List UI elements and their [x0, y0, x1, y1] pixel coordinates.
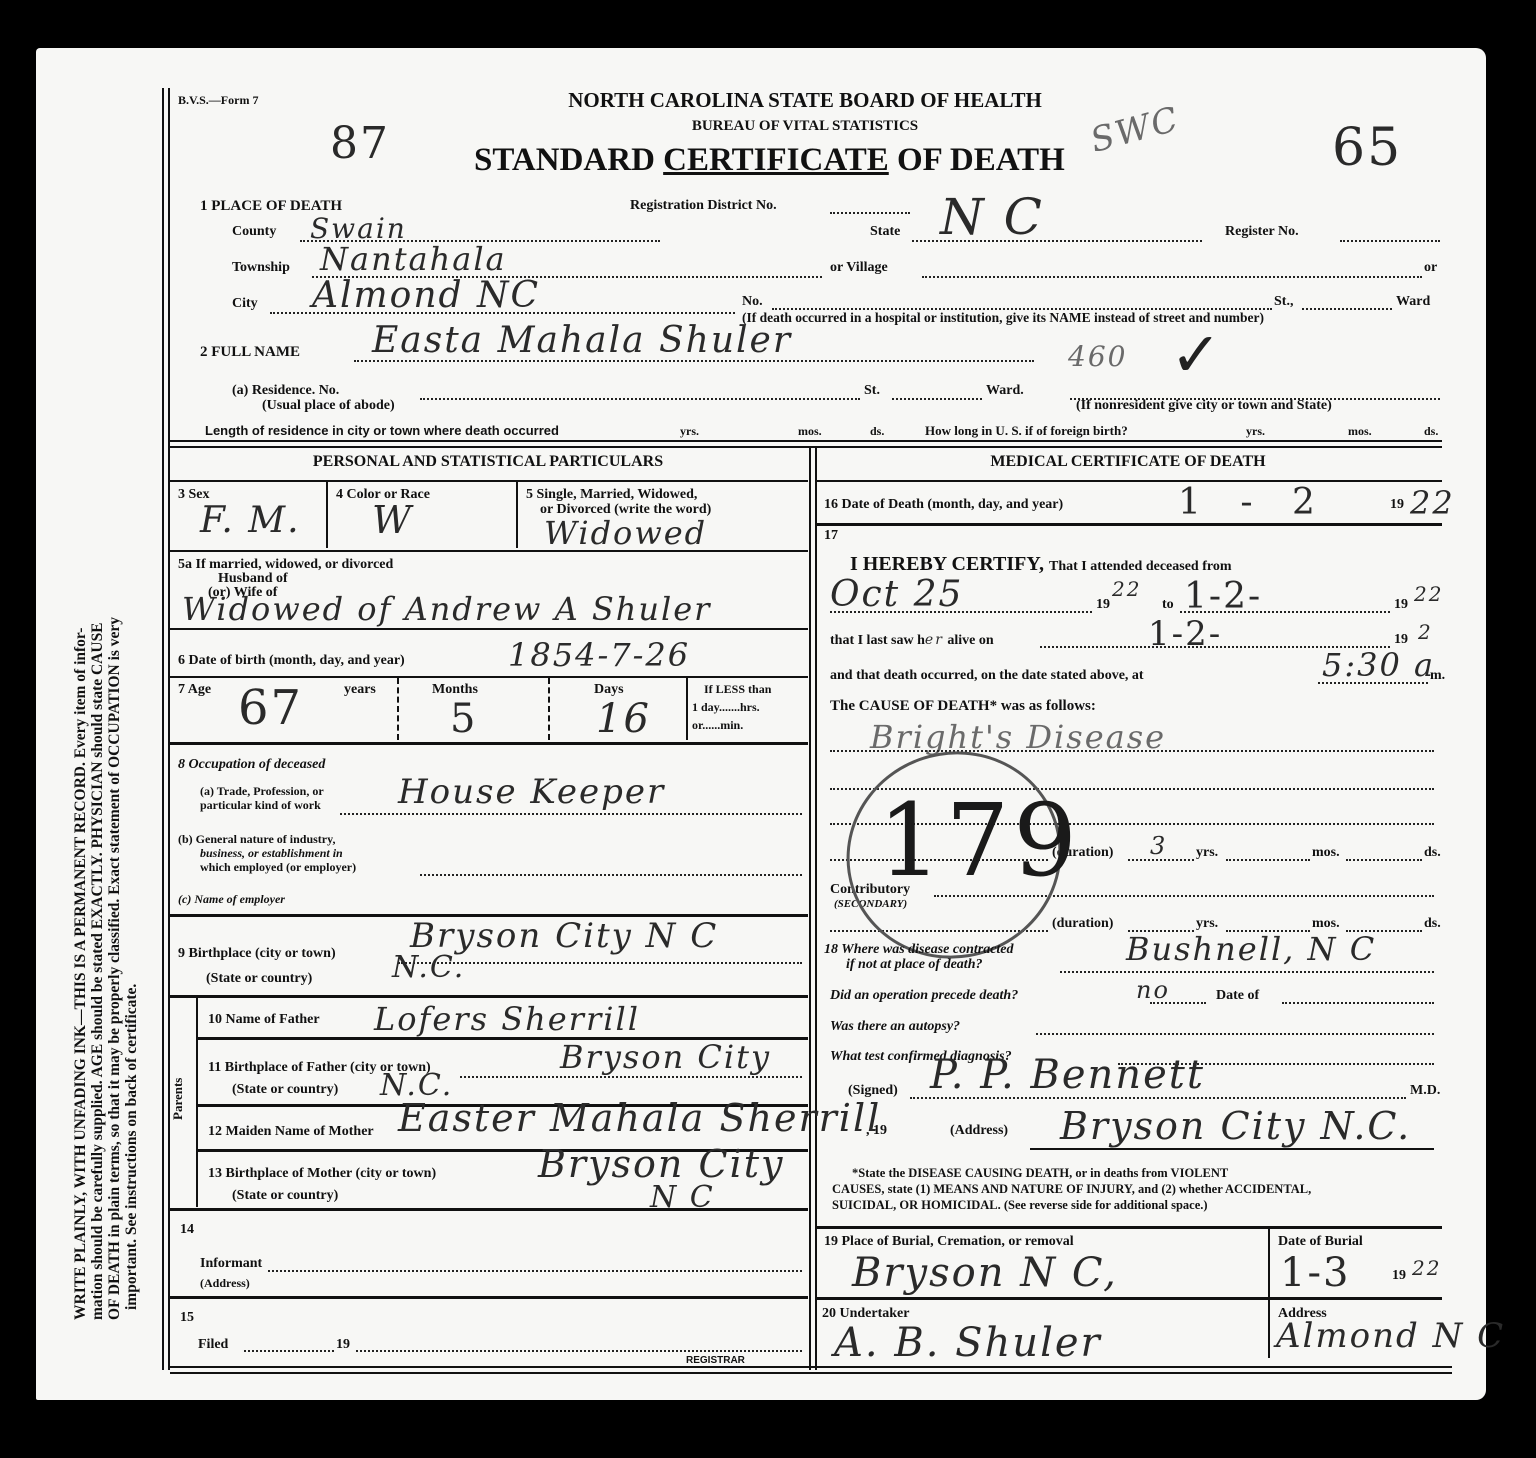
margin-line-3: OF DEATH in plain terms, so that it may …	[106, 80, 123, 1320]
registrar-label: REGISTRAR	[686, 1355, 745, 1366]
full-name-label: 2 FULL NAME	[200, 344, 300, 361]
burial-19-label: 19	[1392, 1268, 1406, 1284]
trade-value: House Keeper	[398, 772, 665, 812]
page-number: 65	[1332, 118, 1402, 178]
agency-title: NORTH CAROLINA STATE BOARD OF HEALTH	[450, 88, 1160, 113]
burial-date-label: Date of Burial	[1278, 1234, 1363, 1250]
village-label: or Village	[830, 260, 888, 276]
rule	[686, 678, 688, 740]
street-st-label: St.,	[1274, 294, 1293, 310]
rule	[170, 480, 808, 482]
to-year: 22	[1414, 582, 1443, 606]
informant-address-label: (Address)	[200, 1276, 250, 1291]
industry-label-3: which employed (or employer)	[200, 860, 356, 875]
to-label: to	[1162, 597, 1174, 613]
trade-line	[340, 813, 802, 815]
death-time-value: 5:30 a	[1322, 646, 1435, 684]
item-14-label: 14	[180, 1222, 194, 1238]
certify-big: I HEREBY CERTIFY,	[850, 553, 1044, 575]
rule	[816, 523, 1442, 526]
last-saw-label-2: alive on	[947, 633, 993, 648]
duration-yrs-value: 3	[1150, 832, 1167, 860]
age-label: 7 Age	[178, 682, 211, 698]
operation-label: Did an operation precede death?	[830, 988, 1018, 1004]
undertaker-address-value: Almond N C	[1276, 1316, 1505, 1356]
full-name-annotation: 460	[1068, 340, 1127, 373]
from-19-label: 19	[1096, 597, 1110, 613]
footnote-line-2: CAUSES, state (1) MEANS AND NATURE OF IN…	[832, 1181, 1311, 1197]
parents-label: Parents	[170, 1078, 186, 1120]
residence-ward-line	[892, 398, 982, 400]
rule	[170, 1208, 808, 1211]
rule	[170, 550, 808, 552]
signature-19-label: , 19	[866, 1123, 887, 1139]
rule	[548, 678, 550, 740]
occupation-label: 8 Occupation of deceased	[178, 757, 325, 773]
rule	[170, 742, 808, 745]
race-value: W	[372, 498, 413, 542]
last-saw-value: 1-2-	[1148, 614, 1222, 654]
form-id: B.V.S.—Form 7	[178, 93, 258, 108]
foreign-birth-label: How long in U. S. if of foreign birth?	[925, 423, 1128, 439]
signed-label: (Signed)	[848, 1083, 898, 1099]
foreign-mos-label: mos.	[1348, 424, 1372, 439]
death-time-label: and that death occurred, on the date sta…	[830, 668, 1144, 684]
residence-ward-label: Ward.	[986, 383, 1024, 399]
margin-line-2: mation should be carefully supplied. AGE…	[89, 80, 106, 1320]
rule	[170, 628, 808, 630]
header-divider	[170, 440, 1442, 448]
father-state-label: (State or country)	[232, 1082, 338, 1098]
certify-rest: That I attended deceased from	[1049, 559, 1232, 574]
informant-label: Informant	[200, 1256, 262, 1272]
rule	[1030, 1148, 1434, 1150]
residence-label: (a) Residence. No.	[232, 383, 339, 399]
registration-district-label: Registration District No.	[630, 198, 777, 214]
register-no-line	[1340, 240, 1440, 242]
burial-place-value: Bryson N C,	[852, 1250, 1118, 1296]
dod-19-label: 19	[1390, 497, 1404, 513]
filed-date-line	[244, 1350, 334, 1352]
rule	[196, 997, 198, 1207]
or-label: or	[1424, 260, 1437, 276]
burial-date-value: 1-3	[1280, 1250, 1350, 1296]
rule	[816, 1226, 1442, 1229]
mother-birthplace-label: 13 Birthplace of Mother (city or town)	[208, 1166, 436, 1182]
trade-label-2: particular kind of work	[200, 798, 321, 813]
cause-label: The CAUSE OF DEATH* was as follows:	[830, 698, 1096, 715]
filed-19-label: 19	[336, 1337, 350, 1353]
attended-from-value: Oct 25	[830, 574, 963, 615]
birthplace-label: 9 Birthplace (city or town)	[178, 946, 336, 962]
operation-date-line	[1282, 1002, 1434, 1004]
father-value: Lofers Sherrill	[374, 1000, 640, 1038]
residence-yrs-label: yrs.	[680, 424, 699, 439]
rule	[326, 482, 328, 548]
father-label: 10 Name of Father	[208, 1012, 320, 1028]
autopsy-line	[1036, 1033, 1434, 1035]
physician-signature: P. P. Bennett	[930, 1052, 1205, 1098]
less-than-label-1: If LESS than	[704, 682, 771, 697]
marital-value: Widowed	[544, 514, 707, 552]
contracted-line	[1060, 971, 1434, 973]
bottom-border	[170, 1366, 1452, 1374]
county-label: County	[232, 224, 276, 240]
industry-line	[420, 874, 802, 876]
years-label: years	[344, 682, 376, 698]
contributory-ds-label: ds.	[1424, 916, 1441, 932]
rule	[170, 995, 808, 998]
nonresident-note: (If nonresident give city or town and St…	[1076, 398, 1332, 414]
rule	[816, 1297, 1442, 1300]
column-divider	[809, 446, 817, 1370]
md-label: M.D.	[1410, 1083, 1440, 1099]
residence-st-label: St.	[864, 383, 880, 399]
contributory-duration-label: (duration)	[1052, 916, 1113, 932]
state-label: State	[870, 224, 900, 240]
mother-label: 12 Maiden Name of Mother	[208, 1124, 374, 1140]
city-label: City	[232, 296, 258, 312]
foreign-yrs-label: yrs.	[1246, 424, 1265, 439]
footnote-line-3: SUICIDAL, OR HOMICIDAL. (See reverse sid…	[832, 1197, 1311, 1213]
item-15-label: 15	[180, 1310, 194, 1326]
mother-value: Easter Mahala Sherrill	[398, 1096, 881, 1140]
contracted-label-2: if not at place of death?	[846, 957, 983, 973]
sex-value: F. M.	[200, 500, 301, 541]
medical-header: MEDICAL CERTIFICATE OF DEATH	[818, 453, 1438, 471]
cause-line-1	[830, 750, 1434, 752]
duration-yrs-label: yrs.	[1196, 845, 1218, 861]
residence-sublabel: (Usual place of abode)	[262, 398, 395, 414]
last-saw-pronoun: er	[925, 632, 944, 648]
margin-line-1: WRITE PLAINLY, WITH UNFADING INK—THIS IS…	[72, 80, 89, 1320]
checkmark-icon: ✓	[1170, 318, 1222, 392]
from-year: 22	[1112, 577, 1141, 601]
street-no-label: No.	[742, 294, 763, 310]
registration-district-line	[830, 212, 910, 214]
length-of-residence-label: Length of residence in city or town wher…	[205, 423, 559, 438]
margin-instructions: WRITE PLAINLY, WITH UNFADING INK—THIS IS…	[72, 80, 140, 1320]
rule	[516, 482, 518, 548]
state-value: N C	[940, 188, 1044, 246]
title-suffix: OF DEATH	[897, 142, 1065, 178]
contracted-label-1: 18 Where was disease contracted	[824, 942, 1014, 958]
trade-label-1: (a) Trade, Profession, or	[200, 784, 324, 799]
rule	[170, 676, 808, 678]
township-label: Township	[232, 260, 290, 276]
less-than-label-2: 1 day.......hrs.	[692, 700, 760, 715]
age-months-value: 5	[450, 696, 477, 742]
physician-address-label: (Address)	[950, 1123, 1008, 1139]
cause-footnote: *State the DISEASE CAUSING DEATH, or in …	[832, 1165, 1311, 1213]
foreign-ds-label: ds.	[1424, 424, 1438, 439]
certify-statement: I HEREBY CERTIFY, That I attended deceas…	[850, 553, 1232, 576]
informant-line	[268, 1270, 802, 1272]
duration-ds-label: ds.	[1424, 845, 1441, 861]
certificate-title: STANDARD CERTIFICATE OF DEATH	[474, 142, 1065, 179]
ward-label: Ward	[1396, 294, 1430, 310]
death-time-suffix: m.	[1430, 668, 1445, 684]
residence-mos-label: mos.	[798, 424, 822, 439]
burial-year: 22	[1412, 1256, 1441, 1280]
last-saw-label-1: that I last saw h	[830, 633, 925, 648]
rule	[170, 1296, 808, 1299]
birthplace-state-value: N.C.	[392, 950, 465, 985]
frame-left-border	[162, 88, 170, 1370]
dod-year: 22	[1410, 484, 1455, 522]
township-value: Nantahala	[320, 240, 507, 278]
duration-ds-line	[1346, 859, 1422, 861]
item-17-label: 17	[824, 528, 838, 544]
file-number: 87	[330, 118, 390, 169]
physician-address-value: Bryson City N.C.	[1060, 1104, 1411, 1148]
full-name-value: Easta Mahala Shuler	[372, 320, 792, 361]
ward-line	[1302, 308, 1392, 310]
dob-label: 6 Date of birth (month, day, and year)	[178, 653, 405, 669]
undertaker-value: A. B. Shuler	[834, 1320, 1102, 1366]
rule	[1268, 1228, 1270, 1358]
margin-line-4: important. See instructions on back of c…	[123, 80, 140, 1320]
filed-registrar-line	[356, 1350, 802, 1352]
mother-state-label: (State or country)	[232, 1188, 338, 1204]
rule	[397, 678, 399, 740]
residence-line	[420, 398, 860, 400]
birthplace-state-label: (State or country)	[206, 971, 312, 987]
father-birthplace-value: Bryson City	[560, 1038, 771, 1076]
title-main: CERTIFICATE	[663, 142, 889, 178]
filed-label: Filed	[198, 1337, 228, 1353]
personal-header: PERSONAL AND STATISTICAL PARTICULARS	[170, 453, 806, 471]
duration-mos-line	[1226, 859, 1310, 861]
village-line	[922, 276, 1422, 278]
operation-date-label: Date of	[1216, 988, 1259, 1004]
dob-value: 1854-7-26	[508, 636, 690, 674]
last-saw-label: that I last saw her alive on	[830, 632, 994, 649]
code-stamp: 179	[878, 782, 1081, 899]
dod-value: 1 - 2	[1178, 482, 1329, 523]
father-birthplace-line	[460, 1076, 802, 1078]
burial-place-label: 19 Place of Burial, Cremation, or remova…	[824, 1234, 1074, 1250]
to-19-label: 19	[1394, 597, 1408, 613]
industry-label-1: (b) General nature of industry,	[178, 832, 335, 847]
footnote-line-1: *State the DISEASE CAUSING DEATH, or in …	[832, 1165, 1311, 1181]
marital-label-1: 5 Single, Married, Widowed,	[526, 487, 697, 503]
operation-value: no	[1136, 976, 1170, 1004]
bureau-title: BUREAU OF VITAL STATISTICS	[450, 118, 1160, 135]
attended-to-value: 1-2-	[1184, 576, 1262, 617]
autopsy-label: Was there an autopsy?	[830, 1019, 960, 1035]
rule	[816, 480, 1442, 482]
industry-label-2: business, or establishment in	[200, 846, 343, 861]
title-prefix: STANDARD	[474, 142, 655, 178]
age-years-value: 67	[238, 680, 303, 736]
city-value: Almond NC	[312, 275, 540, 316]
less-than-label-3: or......min.	[692, 718, 743, 733]
contracted-value: Bushnell, N C	[1126, 930, 1376, 968]
dod-label: 16 Date of Death (month, day, and year)	[824, 497, 1063, 513]
employer-label: (c) Name of employer	[178, 892, 285, 907]
residence-ds-label: ds.	[870, 424, 884, 439]
register-no-label: Register No.	[1225, 224, 1299, 240]
last-year: 2	[1418, 620, 1433, 644]
age-days-value: 16	[596, 696, 651, 742]
spouse-value: Widowed of Andrew A Shuler	[182, 590, 711, 628]
duration-mos-label: mos.	[1312, 845, 1340, 861]
